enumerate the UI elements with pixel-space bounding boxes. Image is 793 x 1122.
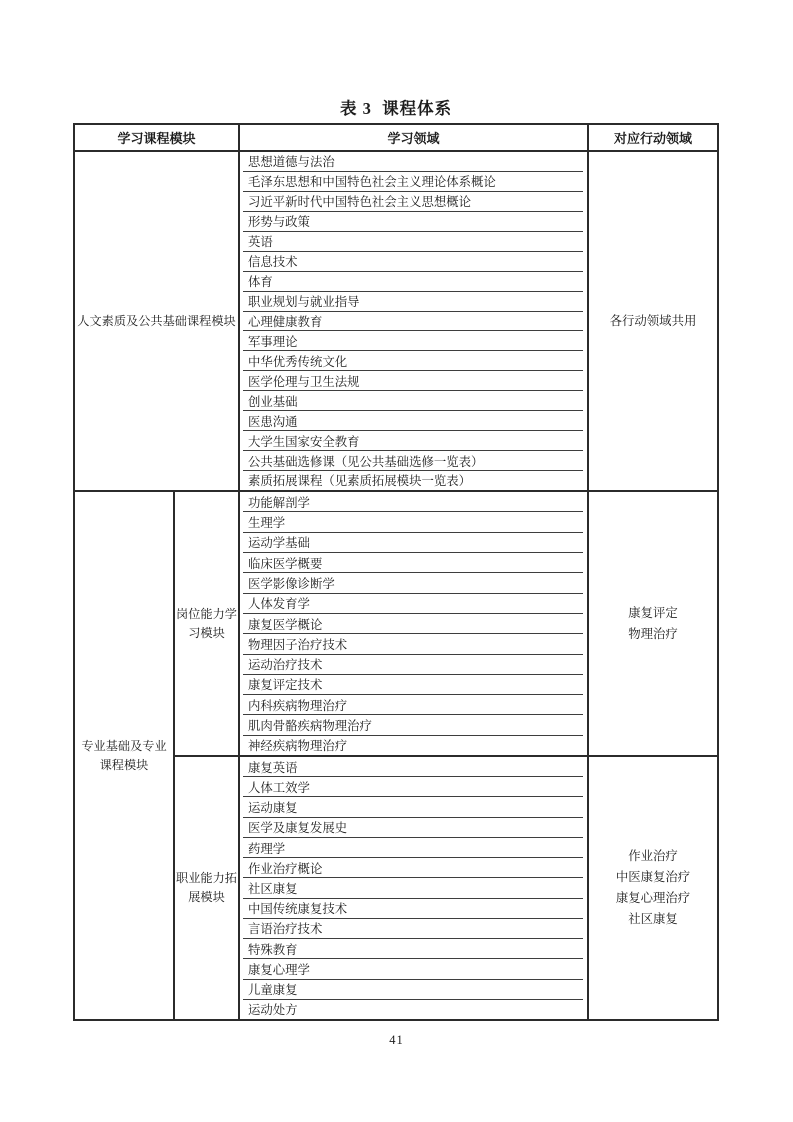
submodule-cell-post-ability: 岗位能力学习模块 [175,492,240,755]
course-row: 康复英语 [243,757,583,777]
course-row: 特殊教育 [243,939,583,959]
section-humanities-foundation: 人文素质及公共基础课程模块 思想道德与法治毛泽东思想和中国特色社会主义理论体系概… [75,152,717,492]
action-domain-line: 康复评定 [628,603,678,624]
course-row: 形势与政策 [243,212,583,232]
course-system-table: 学习课程模块 学习领域 对应行动领域 人文素质及公共基础课程模块 思想道德与法治… [73,123,719,1021]
course-row: 运动学基础 [243,533,583,553]
course-row: 神经疾病物理治疗 [243,736,583,755]
course-row: 素质拓展课程（见素质拓展模块一览表） [243,471,583,490]
course-row: 言语治疗技术 [243,919,583,939]
course-row: 医学影像诊断学 [243,573,583,593]
course-list-vocational-expansion: 康复英语人体工效学运动康复医学及康复发展史药理学作业治疗概论社区康复中国传统康复… [240,757,589,1019]
action-domain-line: 各行动领域共用 [610,311,697,332]
course-row: 肌肉骨骼疾病物理治疗 [243,715,583,735]
course-row: 作业治疗概论 [243,858,583,878]
course-row: 职业规划与就业指导 [243,292,583,312]
course-row: 运动处方 [243,1000,583,1019]
course-row: 大学生国家安全教育 [243,431,583,451]
course-list-humanities: 思想道德与法治毛泽东思想和中国特色社会主义理论体系概论习近平新时代中国特色社会主… [240,152,589,490]
module-cell-humanities-foundation: 人文素质及公共基础课程模块 [75,152,240,490]
course-row: 思想道德与法治 [243,152,583,172]
header-cell-learning-field: 学习领域 [240,125,589,150]
course-row: 体育 [243,272,583,292]
submodule-cell-vocational-expansion: 职业能力拓展模块 [175,757,240,1019]
action-domain-line: 中医康复治疗 [616,867,690,888]
action-domain-line: 作业治疗 [628,846,678,867]
course-row: 信息技术 [243,252,583,272]
table-header-row: 学习课程模块 学习领域 对应行动领域 [75,125,717,152]
action-domain-line: 康复心理治疗 [616,888,690,909]
course-row: 功能解剖学 [243,492,583,512]
course-row: 临床医学概要 [243,553,583,573]
action-domains-vocational-expansion: 作业治疗中医康复治疗康复心理治疗社区康复 [589,757,717,1019]
module-cell-professional: 专业基础及专业课程模块 [75,492,175,1019]
course-row: 生理学 [243,512,583,532]
course-row: 中国传统康复技术 [243,899,583,919]
course-row: 物理因子治疗技术 [243,634,583,654]
course-row: 中华优秀传统文化 [243,351,583,371]
course-row: 公共基础选修课（见公共基础选修一览表） [243,451,583,471]
header-cell-action-field: 对应行动领域 [589,125,717,150]
course-row: 军事理论 [243,331,583,351]
course-row: 康复心理学 [243,959,583,979]
page-number: 41 [0,1033,793,1048]
action-domain-line: 物理治疗 [628,624,678,645]
course-row: 医学伦理与卫生法规 [243,371,583,391]
course-row: 习近平新时代中国特色社会主义思想概论 [243,192,583,212]
course-row: 运动康复 [243,797,583,817]
course-row: 康复评定技术 [243,675,583,695]
professional-submodules: 岗位能力学习模块 功能解剖学生理学运动学基础临床医学概要医学影像诊断学人体发育学… [175,492,717,1019]
submodule-vocational-expansion: 职业能力拓展模块 康复英语人体工效学运动康复医学及康复发展史药理学作业治疗概论社… [175,757,717,1019]
course-list-post-ability: 功能解剖学生理学运动学基础临床医学概要医学影像诊断学人体发育学康复医学概论物理因… [240,492,589,755]
course-row: 医学及康复发展史 [243,818,583,838]
course-row: 社区康复 [243,878,583,898]
section-professional-courses: 专业基础及专业课程模块 岗位能力学习模块 功能解剖学生理学运动学基础临床医学概要… [75,492,717,1019]
course-row: 运动治疗技术 [243,655,583,675]
course-row: 心理健康教育 [243,312,583,332]
course-row: 英语 [243,232,583,252]
course-row: 内科疾病物理治疗 [243,695,583,715]
course-row: 儿童康复 [243,980,583,1000]
course-row: 创业基础 [243,391,583,411]
table-title: 表 3 课程体系 [73,95,719,119]
action-domains-post-ability: 康复评定物理治疗 [589,492,717,755]
action-domains-humanities: 各行动领域共用 [589,152,717,490]
course-row: 人体工效学 [243,777,583,797]
course-row: 康复医学概论 [243,614,583,634]
action-domain-line: 社区康复 [628,909,678,930]
course-row: 医患沟通 [243,411,583,431]
course-row: 药理学 [243,838,583,858]
submodule-post-ability: 岗位能力学习模块 功能解剖学生理学运动学基础临床医学概要医学影像诊断学人体发育学… [175,492,717,757]
header-cell-module: 学习课程模块 [75,125,240,150]
course-row: 毛泽东思想和中国特色社会主义理论体系概论 [243,172,583,192]
course-row: 人体发育学 [243,594,583,614]
